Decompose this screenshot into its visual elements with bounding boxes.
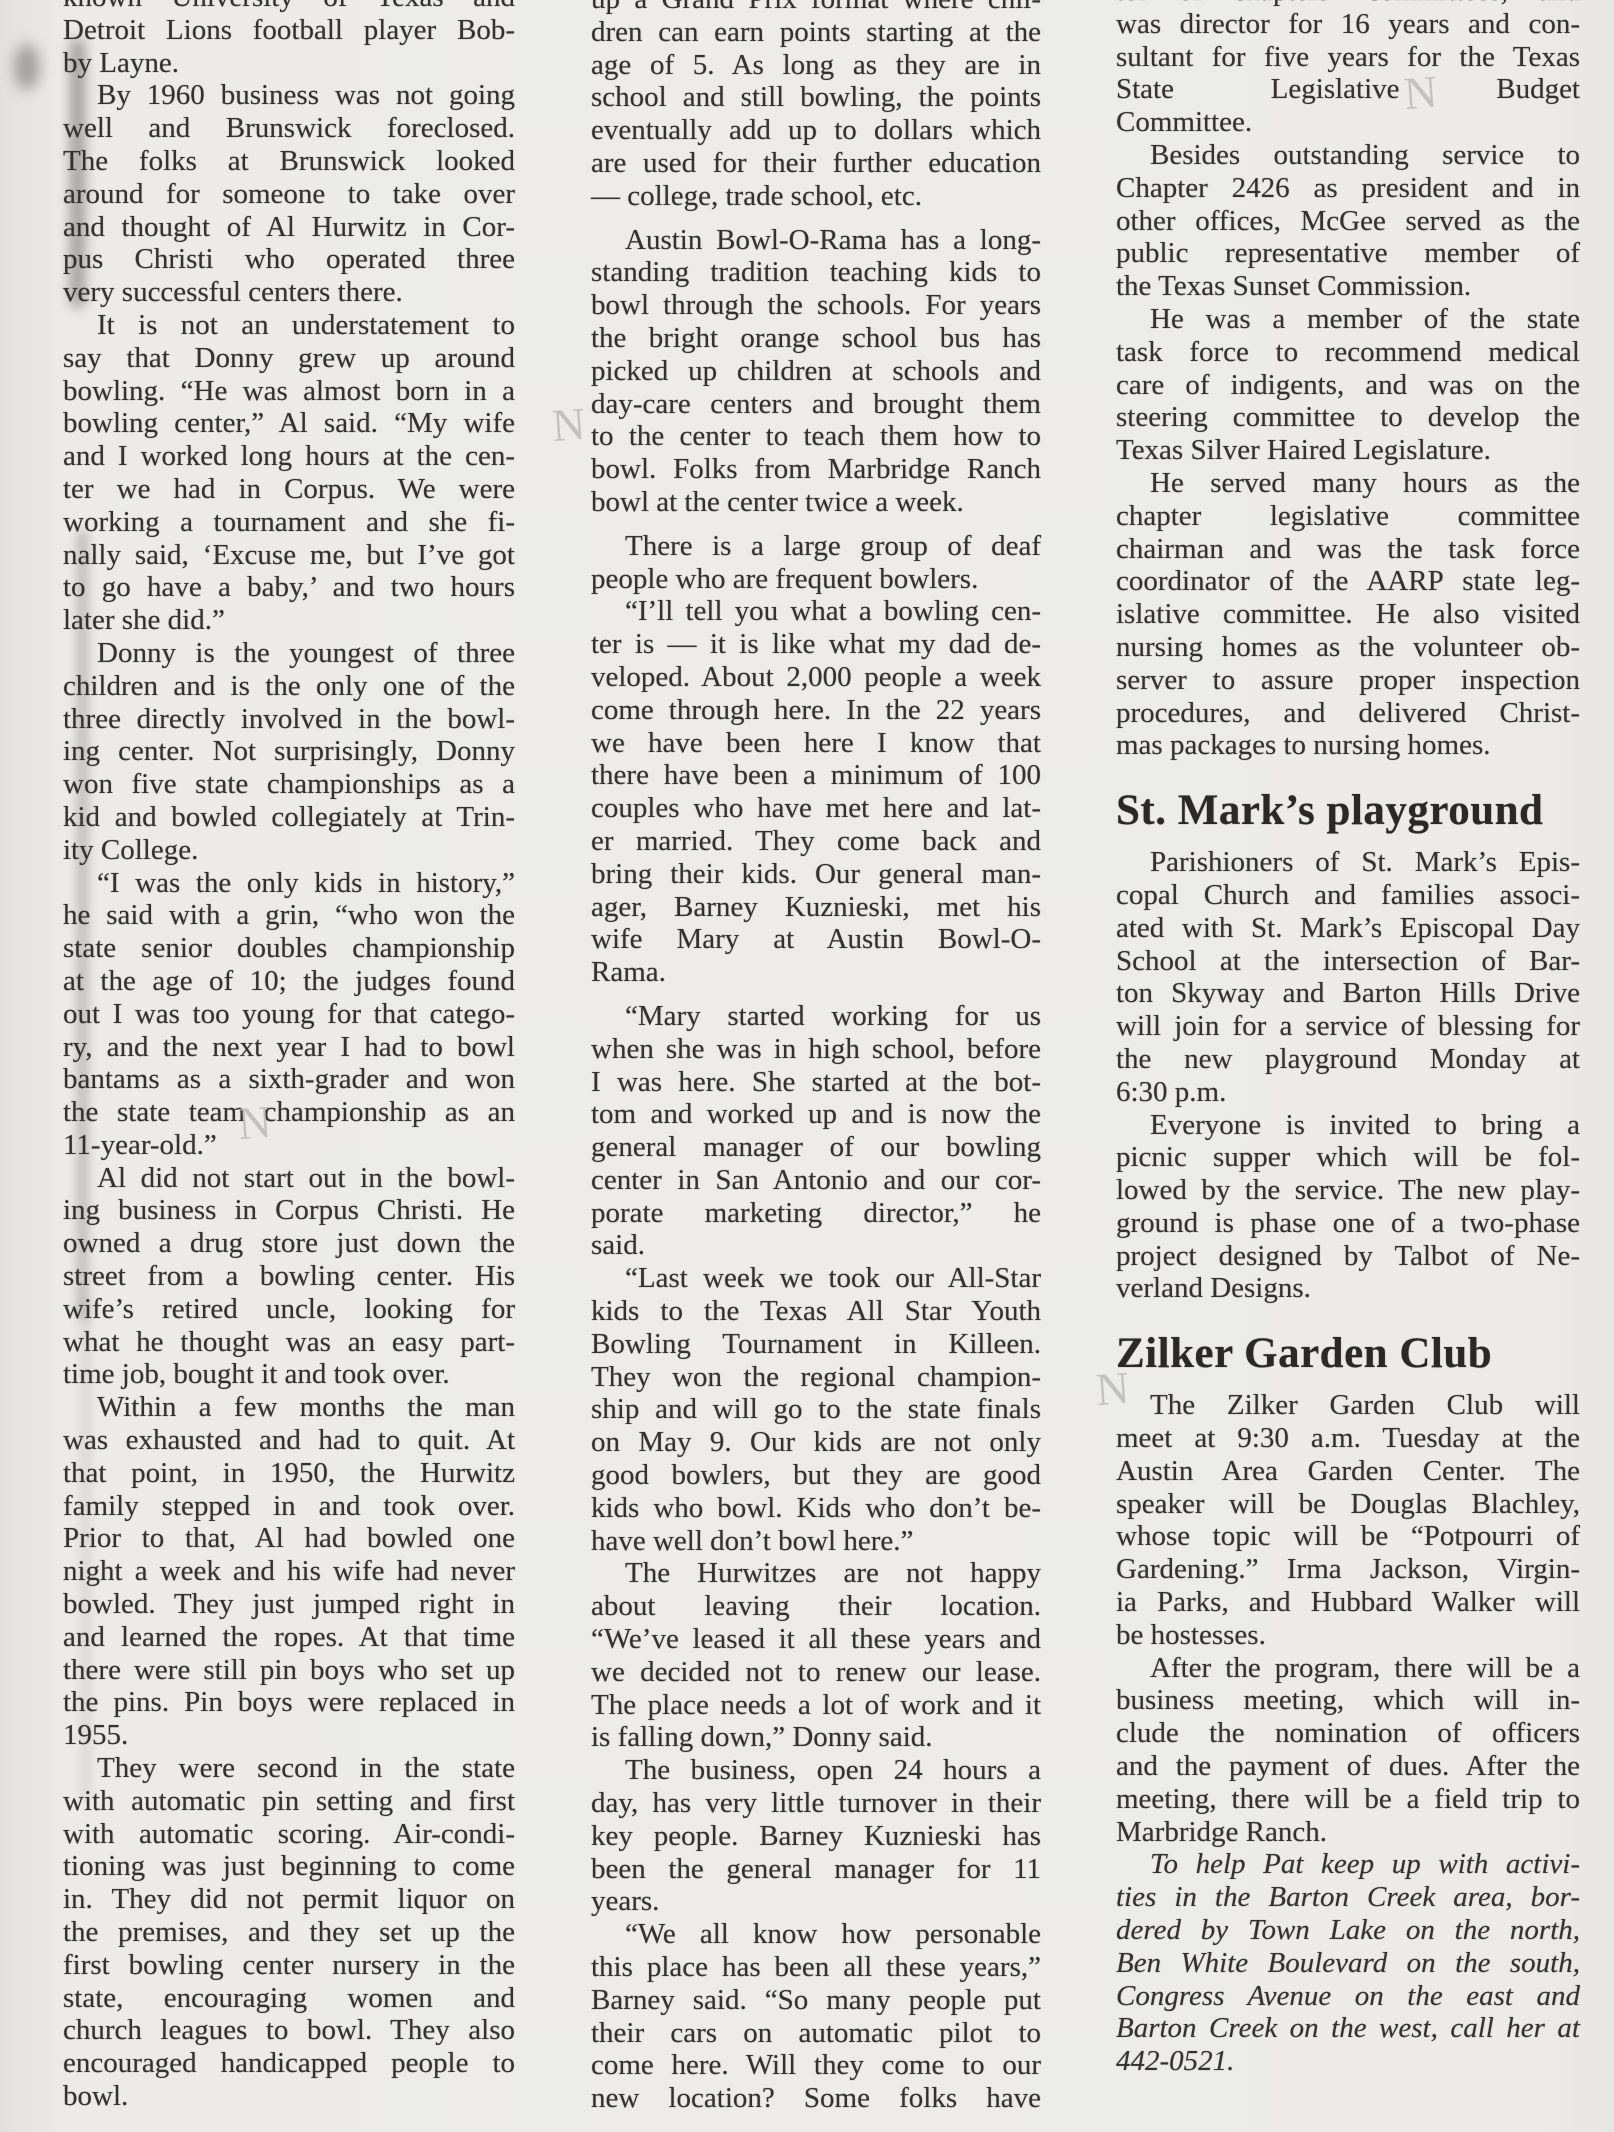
text-line: key people. Barney Kuznieski has [591, 1820, 1041, 1853]
text-line: have well don’t bowl here.” [591, 1525, 1041, 1558]
text-line: The folks at Brunswick looked [63, 145, 515, 178]
text-line: bring their kids. Our general man- [591, 858, 1041, 891]
text-line: and thought of Al Hurwitz in Cor- [63, 211, 515, 244]
text-line: lowed by the service. The new play- [1116, 1174, 1580, 1207]
paragraph: Donny is the youngest of threechildren a… [63, 637, 515, 867]
text-line: the premises, and they set up the [63, 1916, 515, 1949]
text-line: ity College. [63, 834, 515, 867]
paragraph: Besides outstanding service toChapter 24… [1116, 139, 1580, 303]
column-1: known University of Texas andDetroit Lio… [63, 0, 515, 2113]
text-line: bowl. [63, 2080, 515, 2113]
paragraph: It is not an understatement tosay that D… [63, 309, 515, 637]
text-line: ing center. Not surprisingly, Donny [63, 735, 515, 768]
text-line: come through here. In the 22 years [591, 694, 1041, 727]
text-line: say that Donny grew up around [63, 342, 515, 375]
text-line: he said with a grin, “who won the [63, 899, 515, 932]
text-line: owned a drug store just down the [63, 1227, 515, 1260]
scan-ghost-mark: N [1094, 1361, 1131, 1416]
text-line: and the payment of dues. After the [1116, 1750, 1580, 1783]
text-line: will join for a service of blessing for [1116, 1010, 1580, 1043]
paragraph: There is a large group of deafpeople who… [591, 530, 1041, 596]
text-line: couples who have met here and lat- [591, 792, 1041, 825]
text-line: picked up children at schools and [591, 355, 1041, 388]
text-line: Donny is the youngest of three [63, 637, 515, 670]
text-line: State Legislative Budget [1116, 73, 1580, 106]
text-line: been the general manager for 11 [591, 1853, 1041, 1886]
text-line: the pins. Pin boys were replaced in [63, 1686, 515, 1719]
text-line: Rama. [591, 956, 1041, 989]
text-line: general manager of our bowling [591, 1131, 1041, 1164]
text-line: Gardening.” Irma Jackson, Virgin- [1116, 1553, 1580, 1586]
text-line: The place needs a lot of work and it [591, 1689, 1041, 1722]
paragraph-gap [591, 213, 1041, 224]
text-line: new location? Some folks have [591, 2082, 1041, 2115]
paragraph: “I was the only kids in history,”he said… [63, 867, 515, 1162]
text-line: project designed by Talbot of Ne- [1116, 1240, 1580, 1273]
text-line: care of indigents, and was on the [1116, 369, 1580, 402]
paragraph: Austin Bowl-O-Rama has a long-standing t… [591, 224, 1041, 519]
text-line: was exhausted and had to quit. At [63, 1424, 515, 1457]
text-line: After the program, there will be a [1116, 1652, 1580, 1685]
text-line: bantams as a sixth-grader and won [63, 1063, 515, 1096]
text-line: there have been a minimum of 100 [591, 759, 1041, 792]
text-line: “Last week we took our All-Star [591, 1262, 1041, 1295]
text-line: Barton Creek on the west, call her at [1116, 2012, 1580, 2045]
scan-ghost-mark: N [1402, 65, 1439, 120]
text-line: dered by Town Lake on the north, [1116, 1914, 1580, 1947]
text-line: The Hurwitzes are not happy [591, 1557, 1041, 1590]
paragraph: Parishioners of St. Mark’s Epis-copal Ch… [1116, 846, 1580, 1108]
text-line: server to assure proper inspection [1116, 664, 1580, 697]
text-line: what he thought was an easy part- [63, 1326, 515, 1359]
text-line: said. [591, 1229, 1041, 1262]
paragraph: Everyone is invited to bring apicnic sup… [1116, 1109, 1580, 1306]
text-line: Prior to that, Al had bowled one [63, 1522, 515, 1555]
text-line: porate marketing director,” he [591, 1197, 1041, 1230]
text-line: business meeting, which will in- [1116, 1684, 1580, 1717]
text-line: Texas Silver Haired Legislature. [1116, 434, 1580, 467]
text-line: School at the intersection of Bar- [1116, 945, 1580, 978]
text-line: won five state championships as a [63, 768, 515, 801]
paragraph: “We all know how personablethis place ha… [591, 1918, 1041, 2115]
text-line: Marbridge Ranch. [1116, 1816, 1580, 1849]
paragraph: He was a member of the statetask force t… [1116, 303, 1580, 467]
text-line: Detroit Lions football player Bob- [63, 14, 515, 47]
text-line: state senior doubles championship [63, 932, 515, 965]
text-line: later she did.” [63, 604, 515, 637]
text-line: when she was in high school, before [591, 1033, 1041, 1066]
text-line: very successful centers there. [63, 276, 515, 309]
text-line: family stepped in and took over. [63, 1490, 515, 1523]
text-line: To help Pat keep up with activi- [1116, 1848, 1580, 1881]
text-line: working a tournament and she fi- [63, 506, 515, 539]
text-line: kids to the Texas All Star Youth [591, 1295, 1041, 1328]
text-line: He served many hours as the [1116, 467, 1580, 500]
text-line: By 1960 business was not going [63, 79, 515, 112]
paragraph: The Hurwitzes are not happyabout leaving… [591, 1557, 1041, 1754]
paragraph: “Mary started working for uswhen she was… [591, 1000, 1041, 1262]
text-line: tioning was just beginning to come [63, 1850, 515, 1883]
text-line: ground is phase one of a two-phase [1116, 1207, 1580, 1240]
text-line: 6:30 p.m. [1116, 1076, 1580, 1109]
text-line: ing business in Corpus Christi. He [63, 1194, 515, 1227]
text-line: whose topic will be “Potpourri of [1116, 1520, 1580, 1553]
text-line: the Texas Sunset Commission. [1116, 270, 1580, 303]
text-line: Austin Bowl-O-Rama has a long- [591, 224, 1041, 257]
paragraph-gap [591, 989, 1041, 1000]
text-line: years. [591, 1885, 1041, 1918]
text-line: first bowling center nursery in the [63, 1949, 515, 1982]
text-line: the new playground Monday at [1116, 1043, 1580, 1076]
section-heading: Zilker Garden Club [1116, 1329, 1580, 1379]
text-line: 11-year-old.” [63, 1129, 515, 1162]
text-line: to the center to teach them how to [591, 420, 1041, 453]
text-line: er married. They come back and [591, 825, 1041, 858]
text-line: I was here. She started at the bot- [591, 1066, 1041, 1099]
text-line: ry, and the next year I had to bowl [63, 1031, 515, 1064]
text-line: Congress Avenue on the east and [1116, 1980, 1580, 2013]
text-line: copal Church and families associ- [1116, 879, 1580, 912]
text-line: dren can earn points starting at the [591, 16, 1041, 49]
text-line: night a week and his wife had never [63, 1555, 515, 1588]
paragraph: “I’ll tell you what a bowling cen-ter is… [591, 595, 1041, 989]
text-line: around for someone to take over [63, 178, 515, 211]
text-line: tor of chapters’ committees, and [1116, 0, 1580, 8]
text-line: ton Skyway and Barton Hills Drive [1116, 977, 1580, 1010]
text-line: day, has very little turnover in their [591, 1787, 1041, 1820]
text-line: three directly involved in the bowl- [63, 703, 515, 736]
text-line: ter is — it is like what my dad de- [591, 628, 1041, 661]
text-line: meeting, there will be a field trip to [1116, 1783, 1580, 1816]
text-line: this place has been all these years,” [591, 1951, 1041, 1984]
text-line: kids who bowl. Kids who don’t be- [591, 1492, 1041, 1525]
scan-ghost-mark: N [550, 397, 587, 452]
text-line: bowl at the center twice a week. [591, 486, 1041, 519]
text-line: 442-0521. [1116, 2045, 1580, 2078]
text-line: about leaving their location. [591, 1590, 1041, 1623]
text-line: sultant for five years for the Texas [1116, 41, 1580, 74]
text-line: children and is the only one of the [63, 670, 515, 703]
text-line: ship and will go to the state finals [591, 1393, 1041, 1426]
text-line: The business, open 24 hours a [591, 1754, 1041, 1787]
paragraph-gap [591, 519, 1041, 530]
paragraph: up a Grand Prix format where chil-dren c… [591, 0, 1041, 213]
text-line: age of 5. As long as they are in [591, 49, 1041, 82]
text-line: Bowling Tournament in Killeen. [591, 1328, 1041, 1361]
text-line: Chapter 2426 as president and in [1116, 172, 1580, 205]
text-line: with automatic pin setting and first [63, 1785, 515, 1818]
text-line: Within a few months the man [63, 1391, 515, 1424]
text-line: with automatic scoring. Air-condi- [63, 1818, 515, 1851]
text-line: The Zilker Garden Club will [1116, 1389, 1580, 1422]
newspaper-page: known University of Texas andDetroit Lio… [0, 0, 1614, 2132]
text-line: mas packages to nursing homes. [1116, 729, 1580, 762]
text-line: be hostesses. [1116, 1619, 1580, 1652]
text-line: time job, bought it and took over. [63, 1358, 515, 1391]
text-line: They were second in the state [63, 1752, 515, 1785]
text-line: bowl. Folks from Marbridge Ranch [591, 453, 1041, 486]
paragraph: To help Pat keep up with activi-ties in … [1116, 1848, 1580, 2078]
text-line: are used for their further education [591, 147, 1041, 180]
scan-ghost-mark: N [236, 1095, 273, 1150]
text-line: steering committee to develop the [1116, 401, 1580, 434]
text-line: verland Designs. [1116, 1272, 1580, 1305]
column-2: up a Grand Prix format where chil-dren c… [591, 0, 1041, 2115]
text-line: Committee. [1116, 106, 1580, 139]
text-line: veloped. About 2,000 people a week [591, 661, 1041, 694]
text-line: ties in the Barton Creek area, bor- [1116, 1881, 1580, 1914]
text-line: Barney said. “So many people put [591, 1984, 1041, 2017]
paragraph: By 1960 business was not goingwell and B… [63, 79, 515, 309]
text-line: street from a bowling center. His [63, 1260, 515, 1293]
text-line: school and still bowling, the points [591, 81, 1041, 114]
text-line: coordinator of the AARP state leg- [1116, 565, 1580, 598]
text-line: There is a large group of deaf [591, 530, 1041, 563]
text-line: the state team championship as an [63, 1096, 515, 1129]
paragraph: known University of Texas andDetroit Lio… [63, 0, 515, 79]
text-line: and I worked long hours at the cen- [63, 440, 515, 473]
text-line: bowled. They just jumped right in [63, 1588, 515, 1621]
text-line: They won the regional champion- [591, 1361, 1041, 1394]
section-heading: St. Mark’s playground [1116, 786, 1580, 836]
paragraph: “Last week we took our All-Starkids to t… [591, 1262, 1041, 1557]
text-line: chairman and was the task force [1116, 533, 1580, 566]
text-line: people who are frequent bowlers. [591, 563, 1041, 596]
text-line: was director for 16 years and con- [1116, 8, 1580, 41]
paragraph: The business, open 24 hours aday, has ve… [591, 1754, 1041, 1918]
text-line: that point, in 1950, the Hurwitz [63, 1457, 515, 1490]
text-line: It is not an understatement to [63, 309, 515, 342]
text-line: up a Grand Prix format where chil- [591, 0, 1041, 16]
text-line: — college, trade school, etc. [591, 180, 1041, 213]
text-line: tom and worked up and is now the [591, 1098, 1041, 1131]
text-line: in. They did not permit liquor on [63, 1883, 515, 1916]
paragraph: Within a few months the manwas exhausted… [63, 1391, 515, 1752]
text-line: there were still pin boys who set up [63, 1654, 515, 1687]
text-line: state, encouraging women and [63, 1982, 515, 2015]
text-line: good bowlers, but they are good [591, 1459, 1041, 1492]
scan-smudge [14, 44, 40, 90]
text-line: picnic supper which will be fol- [1116, 1141, 1580, 1174]
text-line: clude the nomination of officers [1116, 1717, 1580, 1750]
text-line: Parishioners of St. Mark’s Epis- [1116, 846, 1580, 879]
text-line: speaker will be Douglas Blachley, [1116, 1488, 1580, 1521]
text-line: at the age of 10; the judges found [63, 965, 515, 998]
text-line: pus Christi who operated three [63, 243, 515, 276]
text-line: “Mary started working for us [591, 1000, 1041, 1033]
text-line: bowl through the schools. For years [591, 289, 1041, 322]
text-line: on May 9. Our kids are not only [591, 1426, 1041, 1459]
text-line: wife’s retired uncle, looking for [63, 1293, 515, 1326]
text-line: ager, Barney Kuznieski, met his [591, 891, 1041, 924]
text-line: standing tradition teaching kids to [591, 256, 1041, 289]
text-line: nursing homes as the volunteer ob- [1116, 631, 1580, 664]
column-3: tor of chapters’ committees, andwas dire… [1116, 0, 1580, 2078]
text-line: center in San Antonio and our cor- [591, 1164, 1041, 1197]
text-line: meet at 9:30 a.m. Tuesday at the [1116, 1422, 1580, 1455]
text-line: islative committee. He also visited [1116, 598, 1580, 631]
text-line: their cars on automatic pilot to [591, 2017, 1041, 2050]
paragraph: He served many hours as thechapter legis… [1116, 467, 1580, 762]
text-line: public representative member of [1116, 237, 1580, 270]
text-line: come here. Will they come to our [591, 2049, 1041, 2082]
paragraph: After the program, there will be abusine… [1116, 1652, 1580, 1849]
text-line: out I was too young for that catego- [63, 998, 515, 1031]
text-line: by Layne. [63, 47, 515, 80]
text-line: “I’ll tell you what a bowling cen- [591, 595, 1041, 628]
text-line: kid and bowled collegiately at Trin- [63, 801, 515, 834]
text-line: “We all know how personable [591, 1918, 1041, 1951]
text-line: ter we had in Corpus. We were [63, 473, 515, 506]
text-line: Al did not start out in the bowl- [63, 1162, 515, 1195]
text-line: Ben White Boulevard on the south, [1116, 1947, 1580, 1980]
text-line: the bright orange school bus has [591, 322, 1041, 355]
text-line: is falling down,” Donny said. [591, 1721, 1041, 1754]
text-line: other offices, McGee served as the [1116, 205, 1580, 238]
text-line: encouraged handicapped people to [63, 2047, 515, 2080]
text-line: Austin Area Garden Center. The [1116, 1455, 1580, 1488]
text-line: nally said, ‘Excuse me, but I’ve got [63, 539, 515, 572]
text-line: Everyone is invited to bring a [1116, 1109, 1580, 1142]
text-line: and learned the ropes. At that time [63, 1621, 515, 1654]
text-line: we have been here I know that [591, 727, 1041, 760]
text-line: procedures, and delivered Christ- [1116, 697, 1580, 730]
text-line: well and Brunswick foreclosed. [63, 112, 515, 145]
text-line: eventually add up to dollars which [591, 114, 1041, 147]
paragraph: They were second in the statewith automa… [63, 1752, 515, 2113]
text-line: task force to recommend medical [1116, 336, 1580, 369]
paragraph: The Zilker Garden Club willmeet at 9:30 … [1116, 1389, 1580, 1651]
text-line: “We’ve leased it all these years and [591, 1623, 1041, 1656]
text-line: we decided not to renew our lease. [591, 1656, 1041, 1689]
text-line: He was a member of the state [1116, 303, 1580, 336]
text-line: wife Mary at Austin Bowl-O- [591, 923, 1041, 956]
text-line: bowling. “He was almost born in a [63, 375, 515, 408]
paragraph: Al did not start out in the bowl-ing bus… [63, 1162, 515, 1392]
text-line: day-care centers and brought them [591, 388, 1041, 421]
paragraph: tor of chapters’ committees, andwas dire… [1116, 0, 1580, 139]
text-line: chapter legislative committee [1116, 500, 1580, 533]
text-line: church leagues to bowl. They also [63, 2014, 515, 2047]
text-line: 1955. [63, 1719, 515, 1752]
text-line: ia Parks, and Hubbard Walker will [1116, 1586, 1580, 1619]
text-line: bowling center,” Al said. “My wife [63, 407, 515, 440]
text-line: “I was the only kids in history,” [63, 867, 515, 900]
text-line: ated with St. Mark’s Episcopal Day [1116, 912, 1580, 945]
text-line: Besides outstanding service to [1116, 139, 1580, 172]
text-line: known University of Texas and [63, 0, 515, 14]
text-line: to go have a baby,’ and two hours [63, 571, 515, 604]
